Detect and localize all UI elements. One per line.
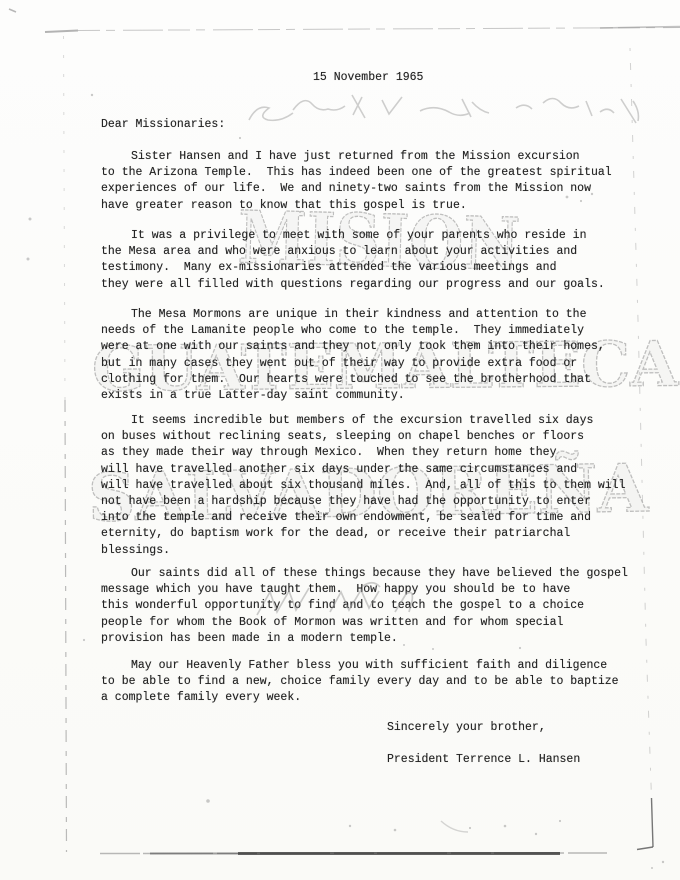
letter-paragraph-5: Our saints did all of these things becau… [101,566,628,647]
letter-line: May our Heavenly Father bless you with s… [101,658,619,674]
letter-paragraph-3: The Mesa Mormons are unique in their kin… [101,307,605,404]
letter-line: It seems incredible but members of the e… [101,413,626,429]
letter-line: not have been a hardship because they ha… [101,494,626,510]
letter-date: 15 November 1965 [313,70,423,86]
letter-line: experiences of our life. We and ninety-t… [101,181,612,197]
letter-line: blessings. [101,543,626,559]
letter-line: testimony. Many ex-missionaries attended… [101,260,605,276]
letter-line: a complete family every week. [101,690,619,706]
letter-line: as they made their way through Mexico. W… [101,445,626,461]
letter-line: exists in a true Latter-day saint commun… [101,388,605,404]
letter-line: Our saints did all of these things becau… [101,566,628,582]
letter-line: needs of the Lamanite people who come to… [101,323,605,339]
letter-line: were at one with our saints and they not… [101,339,605,355]
letter-body: 15 November 1965 Dear Missionaries: Sist… [0,0,680,880]
letter-line: into the temple and receive their own en… [101,510,626,526]
letter-line: It was a privilege to meet with some of … [101,228,605,244]
letter-signature: President Terrence L. Hansen [387,752,580,768]
letter-line: clothing for them. Our hearts were touch… [101,372,605,388]
letter-paragraph-6: May our Heavenly Father bless you with s… [101,658,619,707]
letter-paragraph-2: It was a privilege to meet with some of … [101,228,605,293]
letter-line: people for whom the Book of Mormon was w… [101,615,628,631]
letter-line: have greater reason to know that this go… [101,198,612,214]
letter-valediction: Sincerely your brother, [387,720,546,736]
letter-paragraph-1: Sister Hansen and I have just returned f… [101,149,612,214]
letter-line: but in many cases they went out of their… [101,356,605,372]
letter-line: to the Arizona Temple. This has indeed b… [101,165,612,181]
letter-paragraph-4: It seems incredible but members of the e… [101,413,626,559]
letter-line: they were all filled with questions rega… [101,277,605,293]
letter-line: on buses without reclining seats, sleepi… [101,429,626,445]
letter-line: The Mesa Mormons are unique in their kin… [101,307,605,323]
letter-line: message which you have taught them. How … [101,582,628,598]
letter-line: to be able to find a new, choice family … [101,674,619,690]
letter-line: Sister Hansen and I have just returned f… [101,149,612,165]
scanned-letter-page: MISION GUATEMALTECA SALVADOREÑA 15 Novem… [0,0,680,880]
letter-line: eternity, do baptism work for the dead, … [101,526,626,542]
letter-line: the Mesa area and who were anxious to le… [101,244,605,260]
letter-line: this wonderful opportunity to find and t… [101,598,628,614]
letter-salutation: Dear Missionaries: [101,117,225,133]
letter-line: will have travelled another six days und… [101,462,626,478]
letter-line: provision has been made in a modern temp… [101,631,628,647]
letter-line: will have travelled about six thousand m… [101,478,626,494]
